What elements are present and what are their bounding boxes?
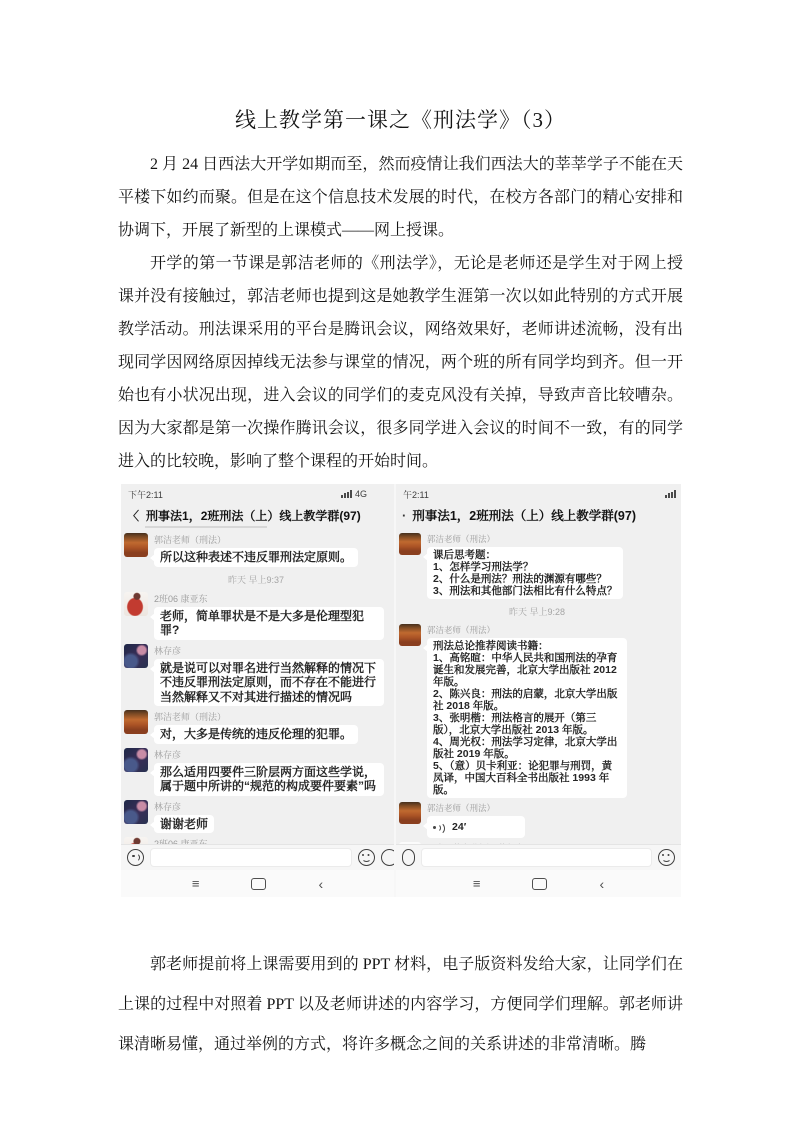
message-bubble: 刑法总论推荐阅读书籍： 1、高铭暄：中华人民共和国刑法的孕育诞生和发展完善，北京… (427, 638, 627, 798)
nav-back-icon[interactable]: ‹ (318, 876, 323, 892)
message-row: 郭洁老师（刑法） 课后思考题： 1、怎样学习刑法学？ 2、什么是刑法？刑法的渊源… (399, 533, 675, 599)
time-divider: 昨天 早上9:28 (399, 603, 675, 620)
status-icons: 4G (341, 489, 367, 499)
voice-input-icon[interactable] (127, 849, 144, 866)
message-row: 2班06 康亚东 老师，简单罪状是不是大多是伦理型犯罪? (124, 592, 388, 640)
sender-name: 郭洁老师（刑法） (427, 533, 495, 545)
chat-screenshots-image: 下午2:11 4G 〈 刑事法1，2班刑法（上）线上教学群(97) 郭洁老师（刑… (121, 484, 681, 897)
status-bar-left: 下午2:11 4G (121, 484, 394, 502)
time-divider: 昨天 早上9:37 (124, 571, 388, 588)
avatar-student-kang (124, 837, 148, 844)
message-list-right: 郭洁老师（刑法） 课后思考题： 1、怎样学习刑法学？ 2、什么是刑法？刑法的渊源… (396, 528, 681, 844)
message-row: 郭洁老师（刑法） 刑法总论推荐阅读书籍： 1、高铭暄：中华人民共和国刑法的孕育诞… (399, 624, 675, 798)
back-icon-cropped: · (402, 508, 406, 523)
message-bubble: 课后思考题： 1、怎样学习刑法学？ 2、什么是刑法？刑法的渊源有哪些？ 3、刑法… (427, 547, 623, 599)
signal-bars-icon (341, 490, 352, 498)
message-list-left: 郭洁老师（刑法） 所以这种表述不违反罪刑法定原则。 昨天 早上9:37 2班06… (121, 528, 394, 844)
status-time: 下午2:11 (128, 488, 163, 501)
message-input[interactable] (150, 848, 352, 867)
menu-icon[interactable]: ≡ (473, 877, 481, 890)
avatar-teacher-guojie (124, 533, 148, 557)
avatar-student-lin (124, 748, 148, 772)
page-title: 线上教学第一课之《刑法学》（3） (118, 0, 683, 134)
avatar-teacher-guojie (399, 533, 421, 555)
status-bar-right: 午2:11 (396, 484, 681, 502)
message-row: 林存彦 就是说可以对罪名进行当然解释的情况下不违反罪刑法定原则，而不存在不能进行… (124, 644, 388, 707)
status-time: 午2:11 (403, 488, 429, 501)
message-row: 2班06 康亚东 谢谢老师 (124, 837, 388, 844)
sender-name: 郭洁老师（刑法） (154, 710, 226, 723)
voice-message-bubble[interactable]: 24′ (427, 816, 525, 838)
message-row: 郭洁老师（刑法） 对，大多是传统的违反伦理的犯罪。 (124, 710, 388, 744)
voice-duration: 24′ (452, 821, 466, 833)
paragraph-1: 2 月 24 日西法大开学如期而至，然而疫情让我们西法大的莘莘学子不能在天平楼下… (118, 148, 683, 247)
speaker-waves-icon (433, 821, 447, 833)
sender-name: 2班06 康亚东 (154, 592, 208, 605)
sender-name: 2班06 康亚东 (154, 837, 208, 844)
sender-name: 林存彦 (154, 644, 181, 657)
chat-window-left: 下午2:11 4G 〈 刑事法1，2班刑法（上）线上教学群(97) 郭洁老师（刑… (121, 484, 394, 897)
avatar-teacher-guojie (399, 624, 421, 646)
sender-name: 郭洁老师（刑法） (427, 624, 495, 636)
avatar-student-kang (124, 592, 148, 616)
voice-input-icon[interactable] (402, 849, 415, 866)
avatar-teacher-guojie (399, 802, 421, 824)
message-bubble: 老师，简单罪状是不是大多是伦理型犯罪? (154, 607, 384, 640)
android-nav-bar-right: ≡ ‹ (396, 870, 681, 897)
document-content: 线上教学第一课之《刑法学》（3） 2 月 24 日西法大开学如期而至，然而疫情让… (118, 0, 683, 1065)
menu-icon[interactable]: ≡ (192, 877, 200, 890)
status-icons (665, 490, 676, 498)
signal-bars-icon (665, 490, 676, 498)
document-page: { "document": { "title": "线上教学第一课之《刑法学》（… (0, 0, 793, 1122)
emoji-icon[interactable] (358, 849, 375, 866)
more-plus-icon[interactable] (381, 849, 394, 866)
chat-input-bar-left (121, 844, 394, 870)
chat-window-right: 午2:11 · 刑事法1，2班刑法（上）线上教学群(97) 郭洁老师（刑法） 课… (394, 484, 681, 897)
message-input[interactable] (421, 848, 652, 867)
back-icon[interactable]: 〈 (127, 507, 139, 524)
message-bubble: 谢谢老师 (154, 815, 214, 834)
home-icon[interactable] (251, 878, 266, 890)
nav-back-icon[interactable]: ‹ (599, 876, 604, 892)
avatar-student-lin (124, 800, 148, 824)
paragraph-3: 郭老师提前将上课需要用到的 PPT 材料，电子版资料发给大家，让同学们在上课的过… (118, 945, 683, 1065)
avatar-teacher-guojie (124, 710, 148, 734)
avatar-student-lin (124, 644, 148, 668)
message-bubble: 所以这种表述不违反罪刑法定原则。 (154, 548, 358, 567)
message-bubble: 那么适用四要件三阶层两方面这些学说，属于题中所讲的“规范的构成要件要素”吗 (154, 763, 384, 796)
message-row: 郭洁老师（刑法） 所以这种表述不违反罪刑法定原则。 (124, 533, 388, 567)
sender-name: 林存彦 (154, 748, 181, 761)
chat-input-bar-right (396, 844, 681, 870)
paragraph-2: 开学的第一节课是郭洁老师的《刑法学》，无论是老师还是学生对于网上授课并没有接触过… (118, 247, 683, 478)
message-bubble: 对，大多是传统的违反伦理的犯罪。 (154, 725, 358, 744)
network-type-label: 4G (355, 489, 367, 499)
message-row: 林存彦 那么适用四要件三阶层两方面这些学说，属于题中所讲的“规范的构成要件要素”… (124, 748, 388, 796)
home-icon[interactable] (532, 878, 547, 890)
voice-message-row: 郭洁老师（刑法） 24′ (399, 802, 675, 838)
message-row: 林存彦 谢谢老师 (124, 800, 388, 834)
header-underline (145, 526, 267, 528)
emoji-icon[interactable] (658, 849, 675, 866)
android-nav-bar-left: ≡ ‹ (121, 870, 394, 897)
chat-header-left: 〈 刑事法1，2班刑法（上）线上教学群(97) (121, 502, 394, 528)
group-chat-title: 刑事法1，2班刑法（上）线上教学群(97) (412, 506, 636, 524)
sender-name: 郭洁老师（刑法） (154, 533, 226, 546)
sender-name: 林存彦 (154, 800, 181, 813)
group-chat-title: 刑事法1，2班刑法（上）线上教学群(97) (146, 507, 361, 524)
sender-name: 郭洁老师（刑法） (427, 802, 495, 814)
chat-header-right: · 刑事法1，2班刑法（上）线上教学群(97) (396, 502, 681, 528)
message-bubble: 就是说可以对罪名进行当然解释的情况下不违反罪刑法定原则，而不存在不能进行当然解释… (154, 659, 384, 707)
